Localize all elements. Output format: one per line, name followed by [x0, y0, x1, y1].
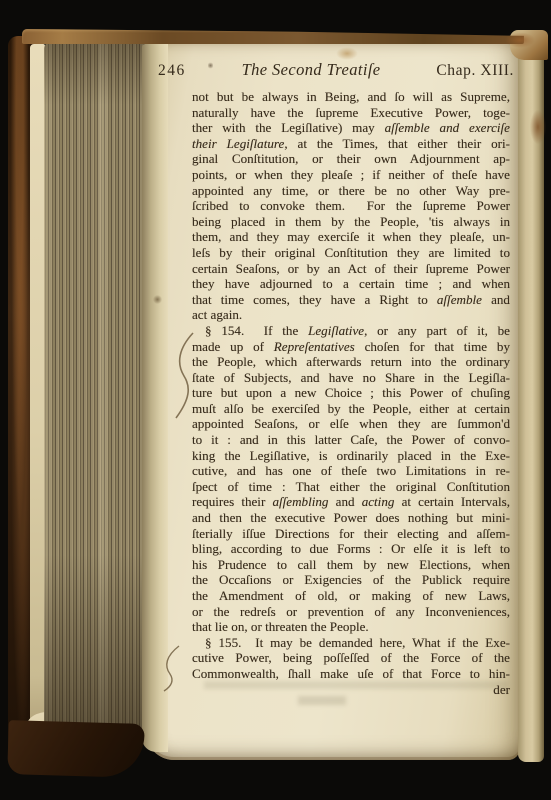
text-segment: acting: [362, 494, 395, 509]
text-line: act again.: [192, 307, 510, 323]
text-segment: and then the executive Power does nothin…: [192, 510, 510, 525]
foxing-spot: [336, 47, 358, 60]
text-segment: ture but upon a new Choice ; this Power …: [192, 385, 510, 400]
text-segment: leſs by their original Conſtitution they…: [192, 245, 510, 260]
text-segment: at certain Intervals,: [394, 494, 510, 509]
text-line: cutive Power, being poſſeſſed of the For…: [192, 650, 510, 666]
text-segment: ſcribed to convoke them. For the ſupreme…: [192, 198, 510, 213]
text-line: to it : and in this latter Caſe, the Pow…: [192, 432, 510, 448]
text-segment: not but be always in Being, and ſo will …: [192, 89, 510, 104]
text-line: or the redreſs or prevention of any Inco…: [192, 604, 510, 620]
text-segment: appointed any time, or there be no other…: [192, 183, 510, 198]
text-line: not but be always in Being, and ſo will …: [192, 89, 510, 105]
text-segment: aſſemble: [437, 292, 482, 307]
text-line: that lie on, or threaten the People.: [192, 619, 510, 635]
text-line: requires their aſſembling and acting at …: [192, 494, 510, 510]
text-segment: and: [328, 494, 361, 509]
text-segment: ginal Conſtitution, or their own Adjourn…: [192, 151, 510, 166]
text-line: ture but upon a new Choice ; this Power …: [192, 385, 510, 401]
text-line: points, or when they pleaſe ; if neither…: [192, 167, 510, 183]
text-segment: choſen for that time by: [355, 339, 510, 354]
text-line: and then the executive Power does nothin…: [192, 510, 510, 526]
text-segment: cutive Power, being poſſeſſed of the For…: [192, 650, 510, 665]
text-line: naturally have the ſupreme Executive Pow…: [192, 105, 510, 121]
text-line: appointed any time, or there be no other…: [192, 183, 510, 199]
board-paper-edge: [30, 44, 45, 746]
text-line: ſpect of time : That either the original…: [192, 479, 510, 495]
text-segment: naturally have the ſupreme Executive Pow…: [192, 105, 510, 120]
text-segment: them, and they may exerciſe it when they…: [192, 229, 510, 244]
text-segment: ſtate of Subjects, and have no Share in …: [192, 370, 510, 385]
text-segment: Repreſentatives: [274, 339, 355, 354]
text-line: ſcribed to convoke them. For the ſupreme…: [192, 198, 510, 214]
text-segment: act again.: [192, 307, 242, 322]
text-segment: aſſembling: [272, 494, 328, 509]
facing-page-edge: [518, 40, 544, 762]
text-segment: , or any part of it, be: [364, 323, 510, 338]
text-line: ſterially iſſue Directions for their ele…: [192, 526, 510, 542]
text-segment: cutive, and has one of theſe two Limitat…: [192, 463, 510, 478]
text-line: ginal Conſtitution, or their own Adjourn…: [192, 151, 510, 167]
page-header: 246 The Second Treatiſe Chap. XIII.: [158, 60, 514, 80]
text-segment: appointed Seaſons, or elſe when they are…: [192, 416, 510, 431]
text-line: muſt alſo be exerciſed by the People, ei…: [192, 401, 510, 417]
text-segment: ſterially iſſue Directions for their ele…: [192, 526, 510, 541]
marginal-ink-mark-155: [160, 644, 186, 692]
running-title: The Second Treatiſe: [242, 60, 381, 80]
text-segment: certain Seaſons, or by an Act of their ſ…: [192, 261, 510, 276]
book-top-edge: [22, 29, 524, 44]
text-segment: bling, according to due Forms : Or elſe …: [192, 541, 510, 556]
text-segment: they have adjourned to a certain time ; …: [192, 276, 510, 291]
text-line: Commonwealth, ſhall make uſe of that For…: [192, 666, 510, 682]
catchword-line: der: [192, 682, 510, 698]
fore-edge-pages: [44, 41, 144, 754]
text-line-section-155: § 155. It may be demanded here, What if …: [192, 635, 510, 651]
text-segment: made up of: [192, 339, 274, 354]
text-line: the Amendment of old, or making of new L…: [192, 588, 510, 604]
text-line: them, and they may exerciſe it when they…: [192, 229, 510, 245]
edge-stain: [530, 110, 546, 144]
text-segment: that lie on, or threaten the People.: [192, 619, 369, 634]
text-line: cutive, and has one of theſe two Limitat…: [192, 463, 510, 479]
text-line: they have adjourned to a certain time ; …: [192, 276, 510, 292]
text-line: his Prudence to call them by new Electio…: [192, 557, 510, 573]
catchword: der: [493, 682, 510, 697]
text-segment: and: [482, 292, 510, 307]
text-line-section-154: § 154. If the Legiſlative, or any part o…: [192, 323, 510, 339]
text-line: certain Seaſons, or by an Act of their ſ…: [192, 261, 510, 277]
text-line: the People, which afterwards return into…: [192, 354, 510, 370]
text-segment: his Prudence to call them by new Electio…: [192, 557, 510, 572]
showthrough-smudge: [298, 696, 346, 705]
text-line: made up of Repreſentatives choſen for th…: [192, 339, 510, 355]
leather-cover-corner: [7, 720, 144, 778]
foxing-spot: [153, 295, 162, 304]
text-line: bling, according to due Forms : Or elſe …: [192, 541, 510, 557]
text-segment: ther with the Legiſlative) may: [192, 120, 385, 135]
text-segment: the People, which afterwards return into…: [192, 354, 510, 369]
text-segment: their Legiſlature: [192, 136, 284, 151]
text-segment: king the Legiſlative, is ordinarily plac…: [192, 448, 510, 463]
text-line: ther with the Legiſlative) may aſſemble …: [192, 120, 510, 136]
text-segment: Commonwealth, ſhall make uſe of that For…: [192, 666, 510, 681]
text-segment: § 154. If the: [205, 323, 308, 338]
page-number: 246: [158, 62, 186, 80]
body-text: not but be always in Being, and ſo will …: [192, 89, 510, 697]
text-segment: § 155. It may be demanded here, What if …: [205, 635, 510, 650]
chapter-heading: Chap. XIII.: [436, 62, 514, 80]
text-segment: the Occaſions or Exigencies of the Publi…: [192, 572, 510, 587]
text-segment: that time comes, they have a Right to: [192, 292, 437, 307]
text-line: king the Legiſlative, is ordinarily plac…: [192, 448, 510, 464]
text-line: leſs by their original Conſtitution they…: [192, 245, 510, 261]
text-segment: aſſemble and exerciſe: [385, 120, 510, 135]
text-line: appointed Seaſons, or elſe when they are…: [192, 416, 510, 432]
text-line: ſtate of Subjects, and have no Share in …: [192, 370, 510, 386]
text-segment: , at the Times, that either their ori-: [284, 136, 510, 151]
text-segment: points, or when they pleaſe ; if neither…: [192, 167, 510, 182]
text-line: being placed in them by the People, 'tis…: [192, 214, 510, 230]
corner-stain: [505, 32, 535, 48]
text-segment: being placed in them by the People, 'tis…: [192, 214, 510, 229]
text-line: their Legiſlature, at the Times, that ei…: [192, 136, 510, 152]
text-segment: or the redreſs or prevention of any Inco…: [192, 604, 510, 619]
text-segment: muſt alſo be exerciſed by the People, ei…: [192, 401, 510, 416]
text-segment: requires their: [192, 494, 272, 509]
text-segment: Legiſlative: [308, 323, 364, 338]
text-segment: the Amendment of old, or making of new L…: [192, 588, 510, 603]
text-line: that time comes, they have a Right to aſ…: [192, 292, 510, 308]
text-segment: to it : and in this latter Caſe, the Pow…: [192, 432, 510, 447]
text-segment: ſpect of time : That either the original…: [192, 479, 510, 494]
text-line: the Occaſions or Exigencies of the Publi…: [192, 572, 510, 588]
